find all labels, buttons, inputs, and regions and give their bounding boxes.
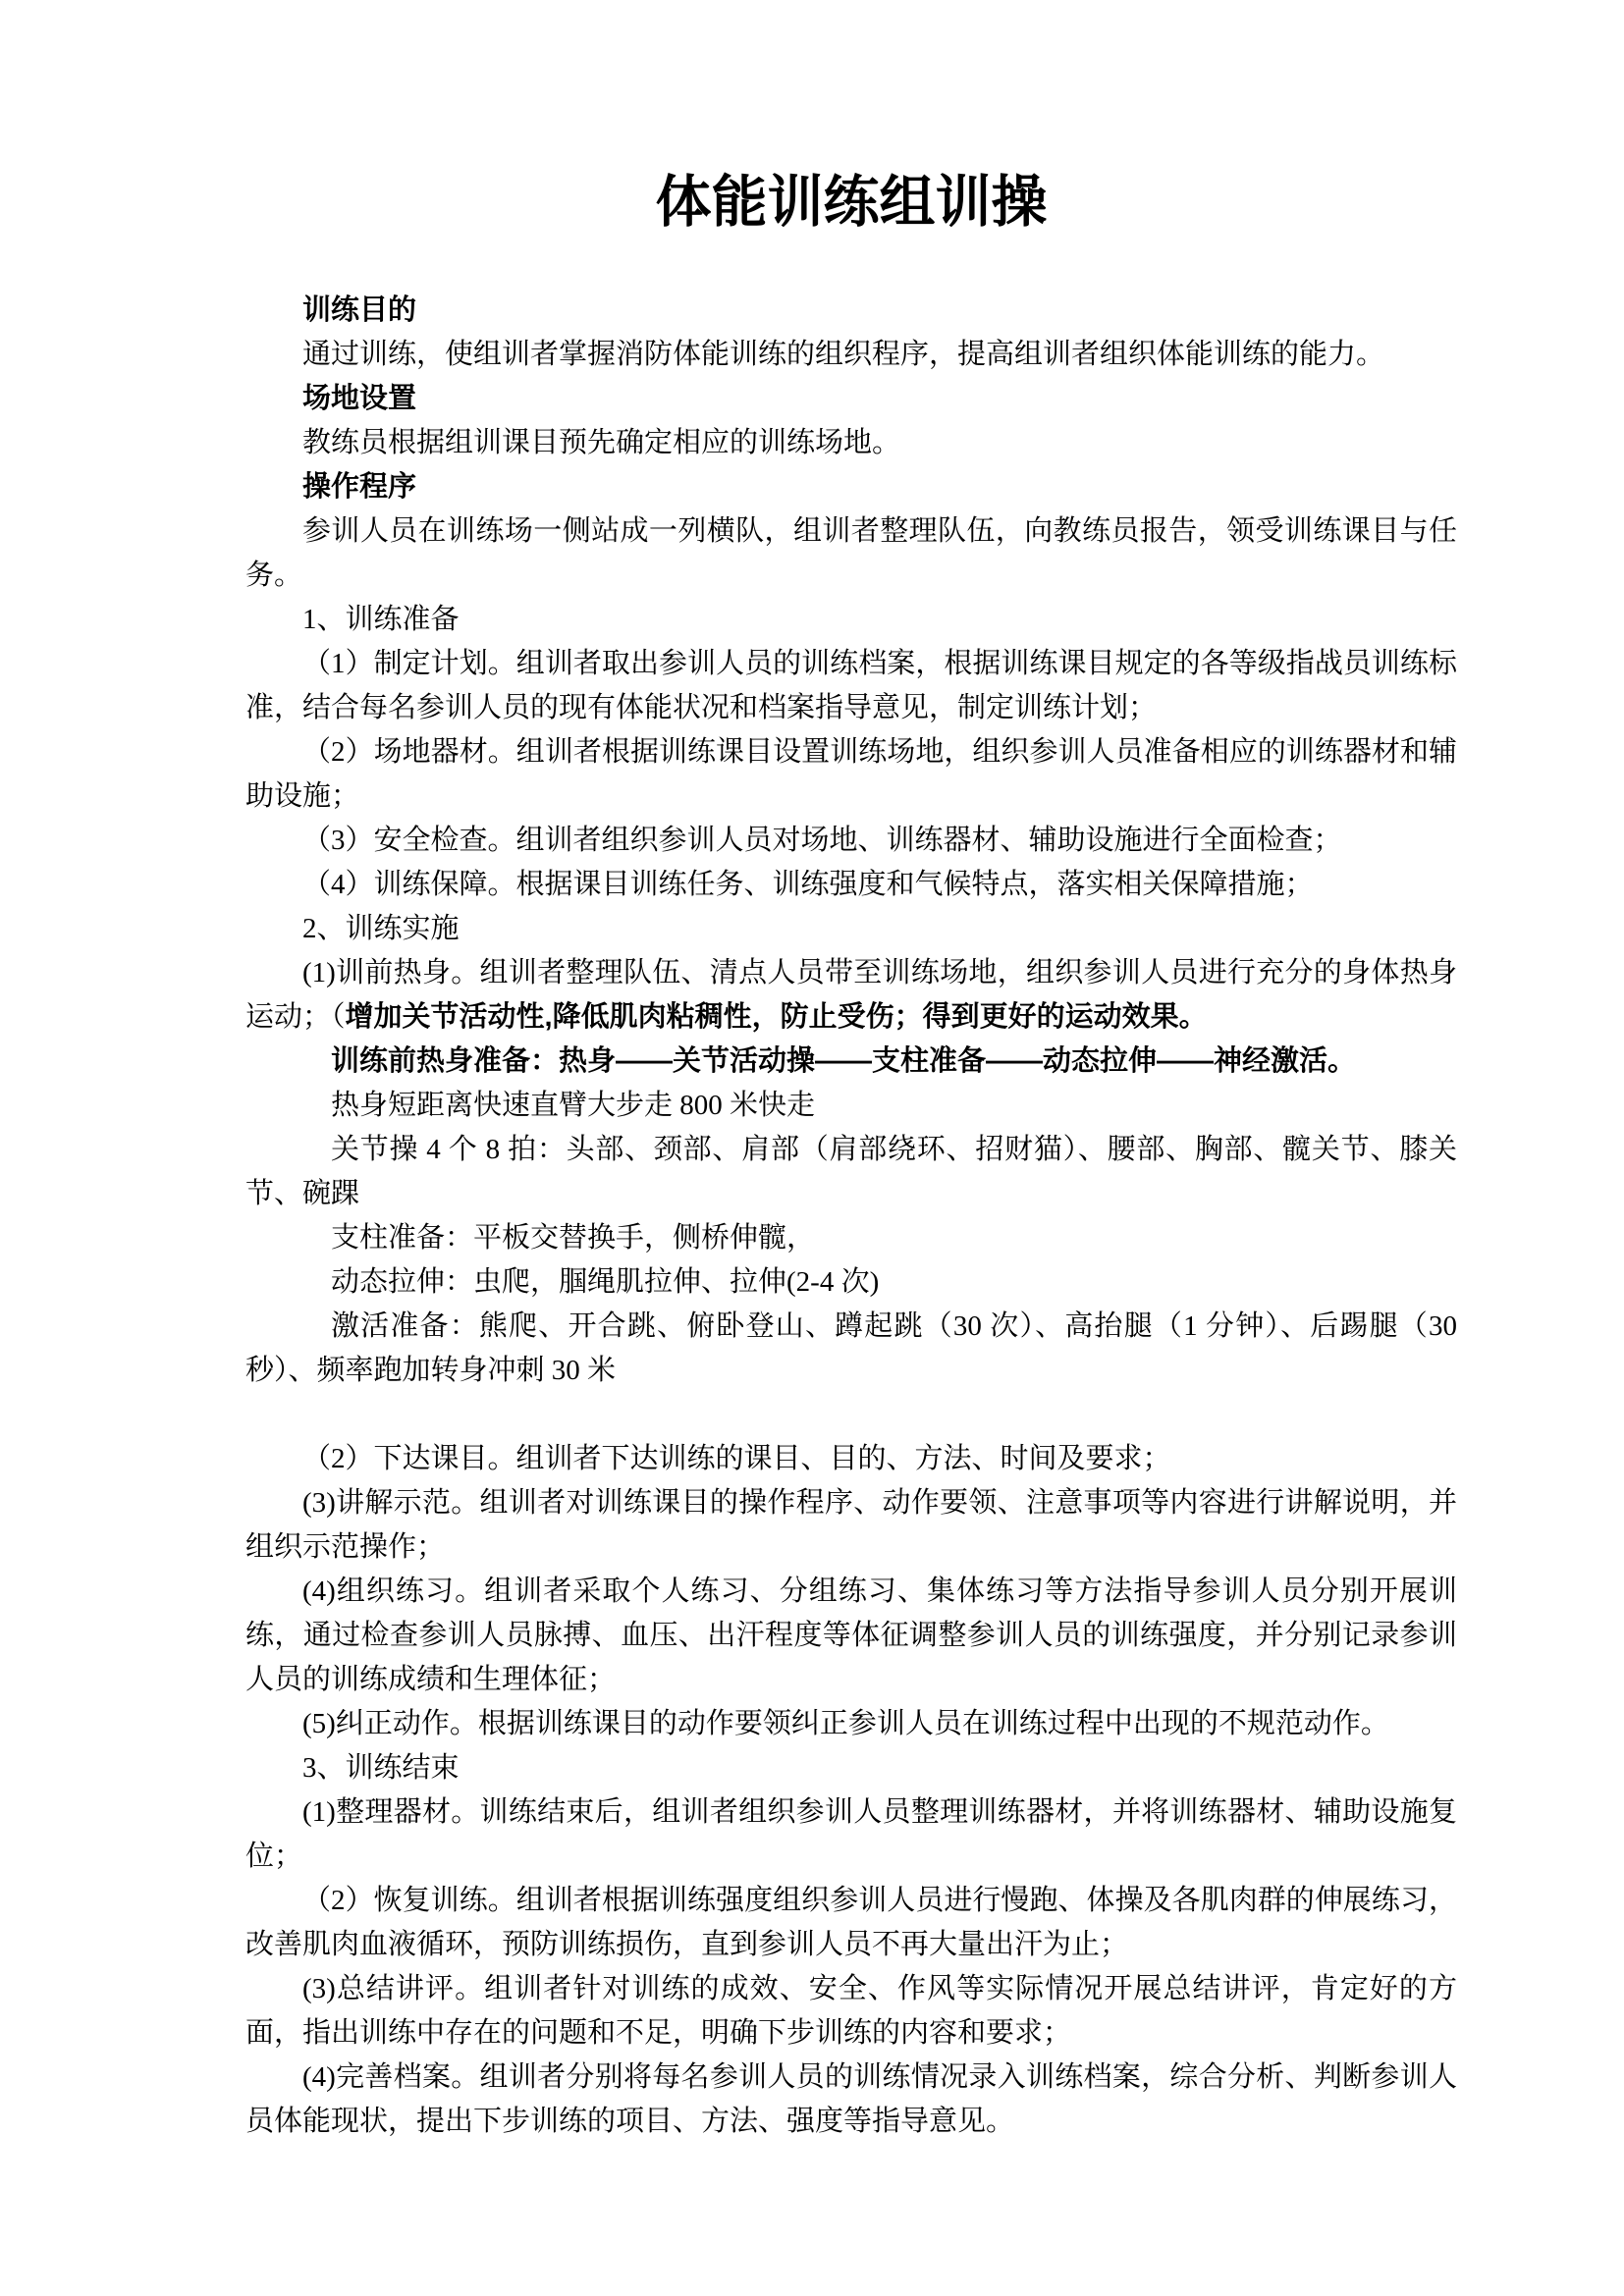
text-run: （2）恢复训练。组训者根据训练强度组织参训人员进行慢跑、体操及各肌肉群的伸展练习… — [245, 1885, 1457, 1960]
text-run: 支柱准备：平板交替换手，侧桥伸髋， — [331, 1222, 815, 1254]
document-body: 训练目的通过训练，使组训者掌握消防体能训练的组织程序，提高组训者组织体能训练的能… — [245, 289, 1457, 2144]
paragraph: (1)训前热身。组训者整理队伍、清点人员带至训练场地，组织参训人员进行充分的身体… — [245, 951, 1457, 1040]
blank-paragraph — [245, 1393, 1457, 1437]
paragraph: 场地设置 — [245, 377, 1457, 421]
text-run: 1、训练准备 — [302, 604, 460, 635]
text-run: (3)总结讲评。组训者针对训练的成效、安全、作风等实际情况开展总结讲评，肯定好的… — [245, 1973, 1457, 2049]
paragraph: 操作程序 — [245, 465, 1457, 509]
text-run: （3）安全检查。组训者组织参训人员对场地、训练器材、辅助设施进行全面检查； — [302, 825, 1342, 856]
text-run: （4）训练保障。根据课目训练任务、训练强度和气候特点，落实相关保障措施； — [302, 869, 1314, 900]
document-content: 体能训练组训操 训练目的通过训练，使组训者掌握消防体能训练的组织程序，提高组训者… — [245, 0, 1457, 2144]
paragraph: (3)总结讲评。组训者针对训练的成效、安全、作风等实际情况开展总结讲评，肯定好的… — [245, 1967, 1457, 2056]
paragraph: 参训人员在训练场一侧站成一列横队，组训者整理队伍，向教练员报告，领受训练课目与任… — [245, 509, 1457, 598]
text-run: 教练员根据组训课目预先确定相应的训练场地。 — [302, 427, 900, 458]
paragraph: （2）恢复训练。组训者根据训练强度组织参训人员进行慢跑、体操及各肌肉群的伸展练习… — [245, 1879, 1457, 1967]
paragraph: 训练前热身准备：热身——关节活动操——支柱准备——动态拉伸——神经激活。 — [245, 1040, 1457, 1084]
paragraph: 1、训练准备 — [245, 598, 1457, 642]
paragraph: 支柱准备：平板交替换手，侧桥伸髋， — [245, 1216, 1457, 1260]
text-run: (5)纠正动作。根据训练课目的动作要领纠正参训人员在训练过程中出现的不规范动作。 — [302, 1708, 1389, 1739]
text-run: 激活准备：熊爬、开合跳、俯卧登山、蹲起跳（30 次）、高抬腿（1 分钟）、后踢腿… — [245, 1310, 1457, 1386]
paragraph: （4）训练保障。根据课目训练任务、训练强度和气候特点，落实相关保障措施； — [245, 863, 1457, 907]
bold-text-run: 训练目的 — [302, 294, 416, 326]
text-run: （1）制定计划。组训者取出参训人员的训练档案，根据训练课目规定的各等级指战员训练… — [245, 648, 1457, 723]
bold-text-run: 训练前热身准备：热身——关节活动操——支柱准备——动态拉伸——神经激活。 — [331, 1045, 1356, 1077]
text-run: 参训人员在训练场一侧站成一列横队，组训者整理队伍，向教练员报告，领受训练课目与任… — [245, 515, 1457, 591]
text-run: (1)整理器材。训练结束后，组训者组织参训人员整理训练器材，并将训练器材、辅助设… — [245, 1796, 1457, 1872]
paragraph: (3)讲解示范。组训者对训练课目的操作程序、动作要领、注意事项等内容进行讲解说明… — [245, 1481, 1457, 1570]
paragraph: 动态拉伸：虫爬，腘绳肌拉伸、拉伸(2-4 次) — [245, 1260, 1457, 1305]
paragraph: 关节操 4 个 8 拍：头部、颈部、肩部（肩部绕环、招财猫）、腰部、胸部、髋关节… — [245, 1128, 1457, 1216]
paragraph: （1）制定计划。组训者取出参训人员的训练档案，根据训练课目规定的各等级指战员训练… — [245, 642, 1457, 730]
paragraph: （2）下达课目。组训者下达训练的课目、目的、方法、时间及要求； — [245, 1437, 1457, 1481]
text-run: 2、训练实施 — [302, 913, 460, 944]
document-page: 体能训练组训操 训练目的通过训练，使组训者掌握消防体能训练的组织程序，提高组训者… — [0, 0, 1624, 2296]
text-run: （2）下达课目。组训者下达训练的课目、目的、方法、时间及要求； — [302, 1443, 1171, 1474]
paragraph: （2）场地器材。组训者根据训练课目设置训练场地，组织参训人员准备相应的训练器材和… — [245, 730, 1457, 819]
text-run: 通过训练，使组训者掌握消防体能训练的组织程序，提高组训者组织体能训练的能力。 — [302, 339, 1384, 370]
paragraph: 2、训练实施 — [245, 907, 1457, 951]
text-run: 热身短距离快速直臂大步走 800 米快走 — [331, 1090, 815, 1121]
document-title: 体能训练组训操 — [245, 162, 1457, 244]
text-run: 关节操 4 个 8 拍：头部、颈部、肩部（肩部绕环、招财猫）、腰部、胸部、髋关节… — [245, 1134, 1457, 1209]
paragraph: (4)组织练习。组训者采取个人练习、分组练习、集体练习等方法指导参训人员分别开展… — [245, 1570, 1457, 1702]
paragraph: 通过训练，使组训者掌握消防体能训练的组织程序，提高组训者组织体能训练的能力。 — [245, 333, 1457, 377]
text-run: 3、训练结束 — [302, 1752, 460, 1784]
paragraph: (5)纠正动作。根据训练课目的动作要领纠正参训人员在训练过程中出现的不规范动作。 — [245, 1702, 1457, 1746]
paragraph: (1)整理器材。训练结束后，组训者组织参训人员整理训练器材，并将训练器材、辅助设… — [245, 1790, 1457, 1879]
text-run: 动态拉伸：虫爬，腘绳肌拉伸、拉伸(2-4 次) — [331, 1266, 879, 1298]
text-run: （2）场地器材。组训者根据训练课目设置训练场地，组织参训人员准备相应的训练器材和… — [245, 736, 1457, 812]
bold-text-run: 操作程序 — [302, 471, 416, 503]
text-run: (3)讲解示范。组训者对训练课目的操作程序、动作要领、注意事项等内容进行讲解说明… — [245, 1487, 1457, 1563]
paragraph: (4)完善档案。组训者分别将每名参训人员的训练情况录入训练档案，综合分析、判断参… — [245, 2056, 1457, 2144]
paragraph: 教练员根据组训课目预先确定相应的训练场地。 — [245, 421, 1457, 465]
paragraph: 激活准备：熊爬、开合跳、俯卧登山、蹲起跳（30 次）、高抬腿（1 分钟）、后踢腿… — [245, 1305, 1457, 1393]
bold-text-run: 场地设置 — [302, 383, 416, 414]
text-run: (4)组织练习。组训者采取个人练习、分组练习、集体练习等方法指导参训人员分别开展… — [245, 1575, 1457, 1695]
paragraph: 训练目的 — [245, 289, 1457, 333]
bold-text-run: 增加关节活动性,降低肌肉粘稠性，防止受伤；得到更好的运动效果。 — [346, 1001, 1208, 1033]
paragraph: （3）安全检查。组训者组织参训人员对场地、训练器材、辅助设施进行全面检查； — [245, 819, 1457, 863]
paragraph: 3、训练结束 — [245, 1746, 1457, 1790]
text-run: (4)完善档案。组训者分别将每名参训人员的训练情况录入训练档案，综合分析、判断参… — [245, 2061, 1457, 2137]
paragraph: 热身短距离快速直臂大步走 800 米快走 — [245, 1084, 1457, 1128]
